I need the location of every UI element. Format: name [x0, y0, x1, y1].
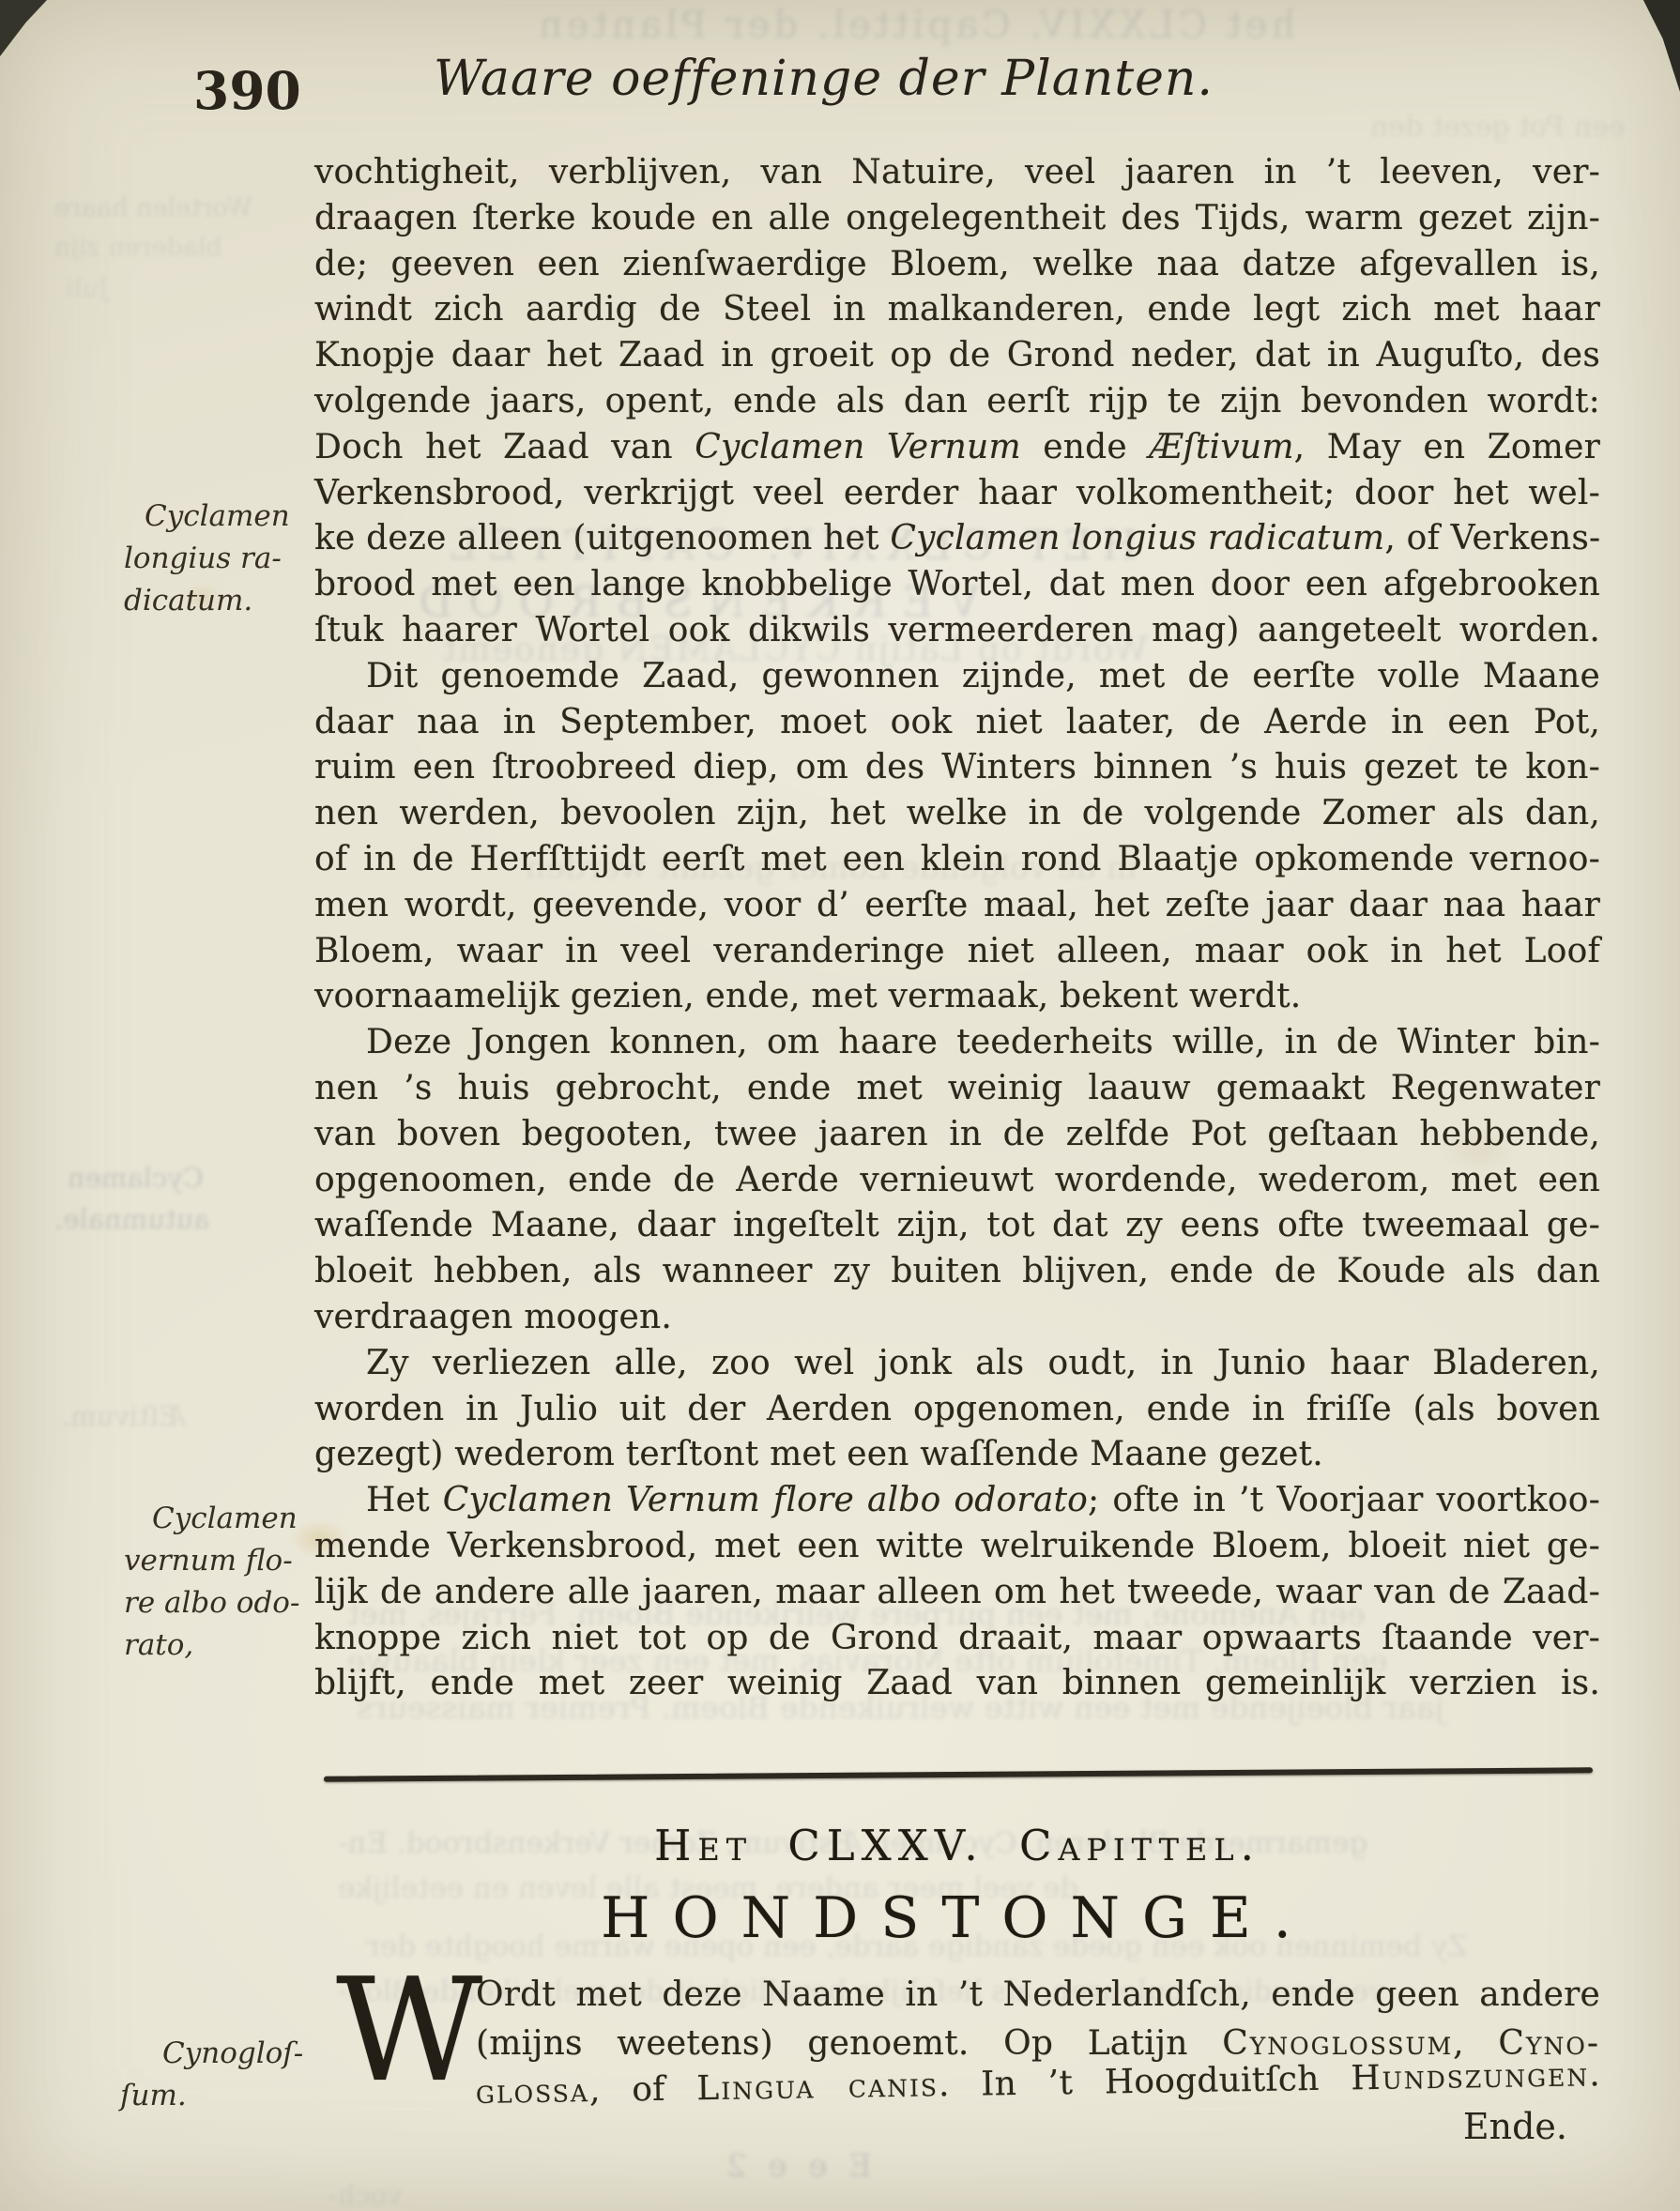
text-line: opgenoomen, ende de Aerde vernieuwt word… [314, 1158, 1600, 1204]
running-title: Waare oeffeninge der Planten. [434, 51, 1214, 107]
show-through-text: een Pot gezet den [1370, 111, 1625, 144]
text-line: of in de Herfſttijdt eerſt met een klein… [314, 837, 1600, 883]
chapter-title-line: HONDSTONGE. [314, 1885, 1600, 1951]
chapter-number-line: Het CLXXV. Capittel. [314, 1821, 1600, 1870]
text-line: van boven begooten, twee jaaren in de ze… [314, 1112, 1600, 1158]
text-line: volgende jaars, opent, ende als dan eerſ… [314, 379, 1600, 425]
opening-paragraph: Ordt met deze Naame in ’t Nederlandſch, … [314, 1971, 1600, 2117]
paragraph: Dit genoemde Zaad, gewonnen zijnde, met … [314, 654, 1600, 1020]
text-line: voornaamelijk gezien, ende, met vermaak,… [314, 974, 1600, 1020]
text-line: Knopje daar het Zaad in groeit op de Gro… [314, 333, 1600, 379]
text-line: gezegt) wederom terſtont met een waſſend… [314, 1432, 1600, 1478]
text-line: draagen ſterke koude en alle ongelegenth… [314, 196, 1600, 242]
body-text-block: vochtigheit, verblijven, van Natuire, ve… [314, 150, 1600, 1707]
catchword: Ende. [1463, 2106, 1567, 2147]
text-line: brood met een lange knobbelige Wortel, d… [314, 562, 1600, 608]
text-line: Ordt met deze Naame in ’t Nederlandſch, … [476, 1971, 1600, 2020]
text-line: nen werden, bevoolen zijn, het welke in … [314, 791, 1600, 837]
chapter-heading-block: Het CLXXV. Capittel. HONDSTONGE. [314, 1821, 1600, 1951]
show-through-text: Æſtivum. [62, 1400, 186, 1432]
text-line: ruim een ſtroobreed diep, om des Winters… [314, 745, 1600, 791]
text-line: Dit genoemde Zaad, gewonnen zijnde, met … [314, 654, 1600, 700]
text-line: Bloem, waar in veel veranderinge niet al… [314, 929, 1600, 975]
margin-note: Cyclamenvernum flo-re albo odo-rato, [124, 1498, 321, 1667]
text-line: Het Cyclamen Vernum flore albo odorato; … [314, 1478, 1600, 1524]
text-line: knoppe zich niet tot op de Grond draait,… [314, 1616, 1600, 1662]
paragraph: Het Cyclamen Vernum flore albo odorato; … [314, 1478, 1600, 1707]
text-line: ke deze alleen (uitgenoomen het Cyclamen… [314, 516, 1600, 562]
text-line: Doch het Zaad van Cyclamen Vernum ende Æ… [314, 425, 1600, 471]
show-through-text: Cyclamen [68, 1162, 204, 1194]
page-corner-dark-tr [1637, 0, 1680, 92]
text-line: daar naa in September, moet ook niet laa… [314, 700, 1600, 746]
text-line: Verkensbrood, verkrijgt veel eerder haar… [314, 471, 1600, 517]
paragraph: Zy verliezen alle, zoo wel jonk als oudt… [314, 1341, 1600, 1478]
text-line: Deze Jongen konnen, om haare teederheits… [314, 1020, 1600, 1066]
show-through-text: bladeren zijn [54, 233, 222, 262]
text-line: de; geeven een zienſwaerdige Bloem, welk… [314, 242, 1600, 288]
page-number: 390 [193, 60, 301, 121]
margin-note-line: rato, [124, 1624, 321, 1667]
margin-note-line: Cyclamen [124, 496, 321, 538]
text-line: ſtuk haarer Wortel ook dikwils vermeerde… [314, 608, 1600, 654]
text-line: Zy verliezen alle, zoo wel jonk als oudt… [314, 1341, 1600, 1387]
text-line: worden in Julio uit der Aerden opgenomen… [314, 1387, 1600, 1433]
margin-note-line: vernum flo- [124, 1540, 321, 1582]
show-through-text: Juli [66, 274, 108, 303]
text-line: bloeit hebben, als wanneer zy buiten bli… [314, 1249, 1600, 1295]
margin-note: Cynogloſ-ſum. [120, 2033, 317, 2117]
text-line: men wordt, geevende, voor d’ eerſte maal… [314, 883, 1600, 929]
margin-note-line: dicatum. [124, 580, 321, 622]
text-line: verdraagen moogen. [314, 1295, 1600, 1341]
section-divider-rule [324, 1767, 1593, 1781]
text-line: blijft, ende met zeer weinig Zaad van bi… [314, 1661, 1600, 1707]
paragraph: vochtigheit, verblijven, van Natuire, ve… [314, 150, 1600, 654]
show-through-text: voch- [328, 2179, 403, 2211]
margin-note-line: Cyclamen [124, 1498, 321, 1540]
text-line: mende Verkensbrood, met een witte welrui… [314, 1524, 1600, 1570]
text-line: nen ’s huis gebrocht, ende met weinig la… [314, 1066, 1600, 1112]
text-line: waſſende Maane, daar ingeſtelt zijn, tot… [314, 1203, 1600, 1249]
show-through-text: Wortelen haare [54, 193, 252, 222]
page-corner-dark-tl [0, 0, 47, 56]
text-line: vochtigheit, verblijven, van Natuire, ve… [314, 150, 1600, 196]
margin-note-line: ſum. [120, 2075, 317, 2117]
margin-note-line: re albo odo- [124, 1582, 321, 1624]
margin-note-line: Cynogloſ- [120, 2033, 317, 2075]
show-through-text: E e e 2 [721, 2147, 872, 2185]
text-line: windt zich aardig de Steel in malkandere… [314, 287, 1600, 333]
paragraph: Deze Jongen konnen, om haare teederheits… [314, 1020, 1600, 1341]
text-line: lijk de andere alle jaaren, maar alleen … [314, 1570, 1600, 1616]
margin-note-line: longius ra- [124, 538, 321, 580]
book-page: het CLXXIV. Capittel. der Planteneen Pot… [0, 0, 1680, 2211]
margin-note: Cyclamenlongius ra-dicatum. [124, 496, 321, 622]
show-through-text: autumnale. [54, 1203, 209, 1235]
show-through-text: het CLXXIV. Capittel. der Planten [535, 4, 1295, 47]
